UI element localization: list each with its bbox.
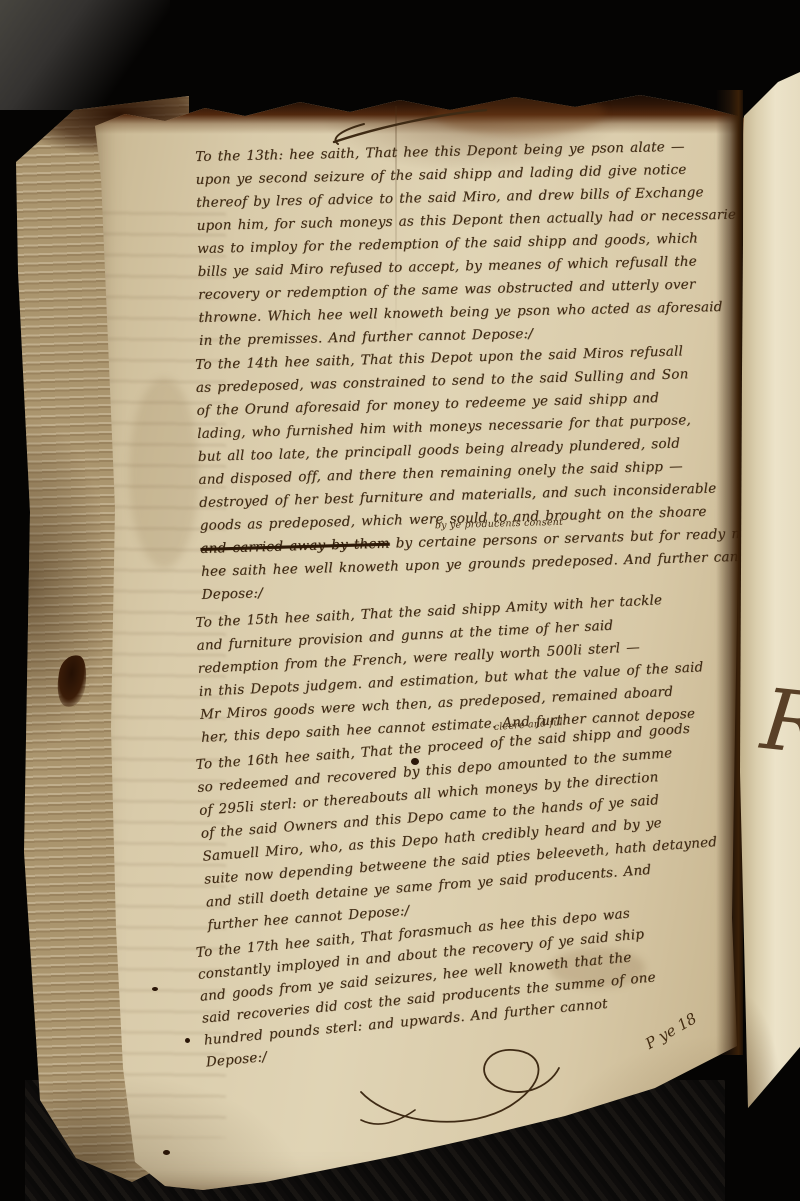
paragraph-article-14: To the 14th hee saith, That this Depot u…	[195, 339, 747, 607]
manuscript-text: To the 13th: hee saith, That hee this De…	[95, 88, 745, 1190]
paragraph-article-13: To the 13th: hee saith, That hee this De…	[195, 135, 744, 353]
facing-page-edge: R	[738, 72, 800, 1112]
signature-flourish	[353, 1038, 568, 1138]
background-corner-shadow	[0, 0, 170, 110]
facing-page-initial-letter: R	[758, 677, 800, 767]
manuscript-photo: { "ms": { "p13": { "lines": [ "To the 13…	[0, 0, 800, 1201]
manuscript-page: To the 13th: hee saith, That hee this De…	[95, 88, 745, 1190]
gutter-shadow	[716, 90, 743, 1055]
struck-out-text: and carried away by them	[200, 536, 390, 557]
